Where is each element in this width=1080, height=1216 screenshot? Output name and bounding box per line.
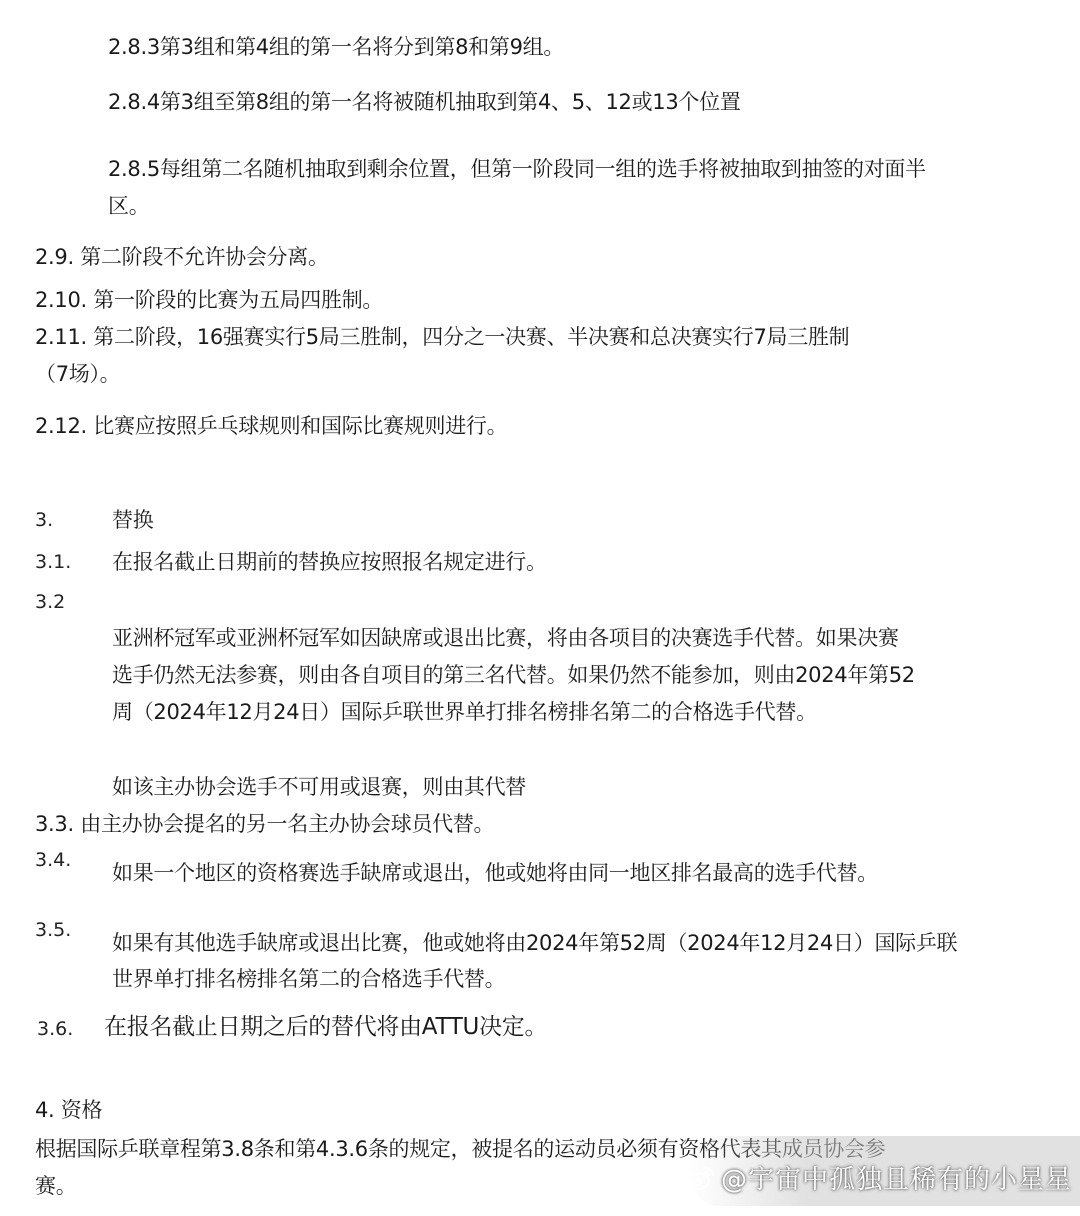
watermark-text: @宇宙中孤独且稀有的小星星: [721, 1159, 1072, 1196]
clause-3-5-line2: 世界单打排名榜排名第二的合格选手代替。: [112, 965, 505, 993]
clause-3-5-line1: 如果有其他选手缺席或退出比赛，他或她将由2024年第52周（2024年12月24…: [112, 929, 957, 957]
clause-2-8-5-line2: 区。: [108, 192, 149, 220]
clause-2-9: 2.9. 第二阶段不允许协会分离。: [35, 243, 329, 271]
section-4-line2: 赛。: [35, 1172, 76, 1200]
clause-3-2-line2: 选手仍然无法参赛，则由各自项目的第三名代替。如果仍然不能参加，则由2024年第5…: [112, 661, 915, 689]
weibo-icon: [685, 1165, 715, 1191]
clause-3-5-number: 3.5.: [35, 917, 71, 943]
clause-2-11-line1: 2.11. 第二阶段，16强赛实行5局三胜制，四分之一决赛、半决赛和总决赛实行7…: [35, 323, 849, 351]
clause-3-2-number: 3.2: [35, 589, 65, 615]
clause-2-11-line2: （7场）。: [35, 360, 120, 388]
clause-3-3-pre: 如该主办协会选手不可用或退赛，则由其代替: [112, 773, 526, 801]
section-4-heading: 4. 资格: [35, 1096, 102, 1124]
clause-3-2-line3: 周（2024年12月24日）国际乒联世界单打排名榜排名第二的合格选手代替。: [112, 698, 817, 726]
clause-2-10: 2.10. 第一阶段的比赛为五局四胜制。: [35, 286, 383, 314]
clause-3-2-line1: 亚洲杯冠军或亚洲杯冠军如因缺席或退出比赛，将由各项目的决赛选手代替。如果决赛: [112, 624, 899, 652]
clause-3-1-number: 3.1.: [35, 549, 71, 575]
clause-3-4-number: 3.4.: [35, 847, 71, 873]
clause-3-6-number: 3.6.: [37, 1016, 73, 1042]
clause-2-8-5-line1: 2.8.5每组第二名随机抽取到剩余位置，但第一阶段同一组的选手将被抽取到抽签的对…: [108, 155, 926, 183]
section-3-number: 3.: [35, 507, 53, 533]
watermark: @宇宙中孤独且稀有的小星星: [685, 1159, 1072, 1196]
clause-3-6-text: 在报名截止日期之后的替代将由ATTU决定。: [104, 1013, 547, 1041]
clause-3-1-text: 在报名截止日期前的替换应按照报名规定进行。: [112, 548, 547, 576]
clause-3-3-text: 3.3. 由主办协会提名的另一名主办协会球员代替。: [35, 810, 494, 838]
clause-2-8-3: 2.8.3第3组和第4组的第一名将分到第8和第9组。: [108, 33, 564, 61]
clause-2-12: 2.12. 比赛应按照乒乓球规则和国际比赛规则进行。: [35, 412, 507, 440]
clause-2-8-4: 2.8.4第3组至第8组的第一名将被随机抽取到第4、5、12或13个位置: [108, 88, 741, 116]
clause-3-4-text: 如果一个地区的资格赛选手缺席或退出，他或她将由同一地区排名最高的选手代替。: [112, 859, 878, 887]
section-3-title: 替换: [112, 506, 153, 534]
